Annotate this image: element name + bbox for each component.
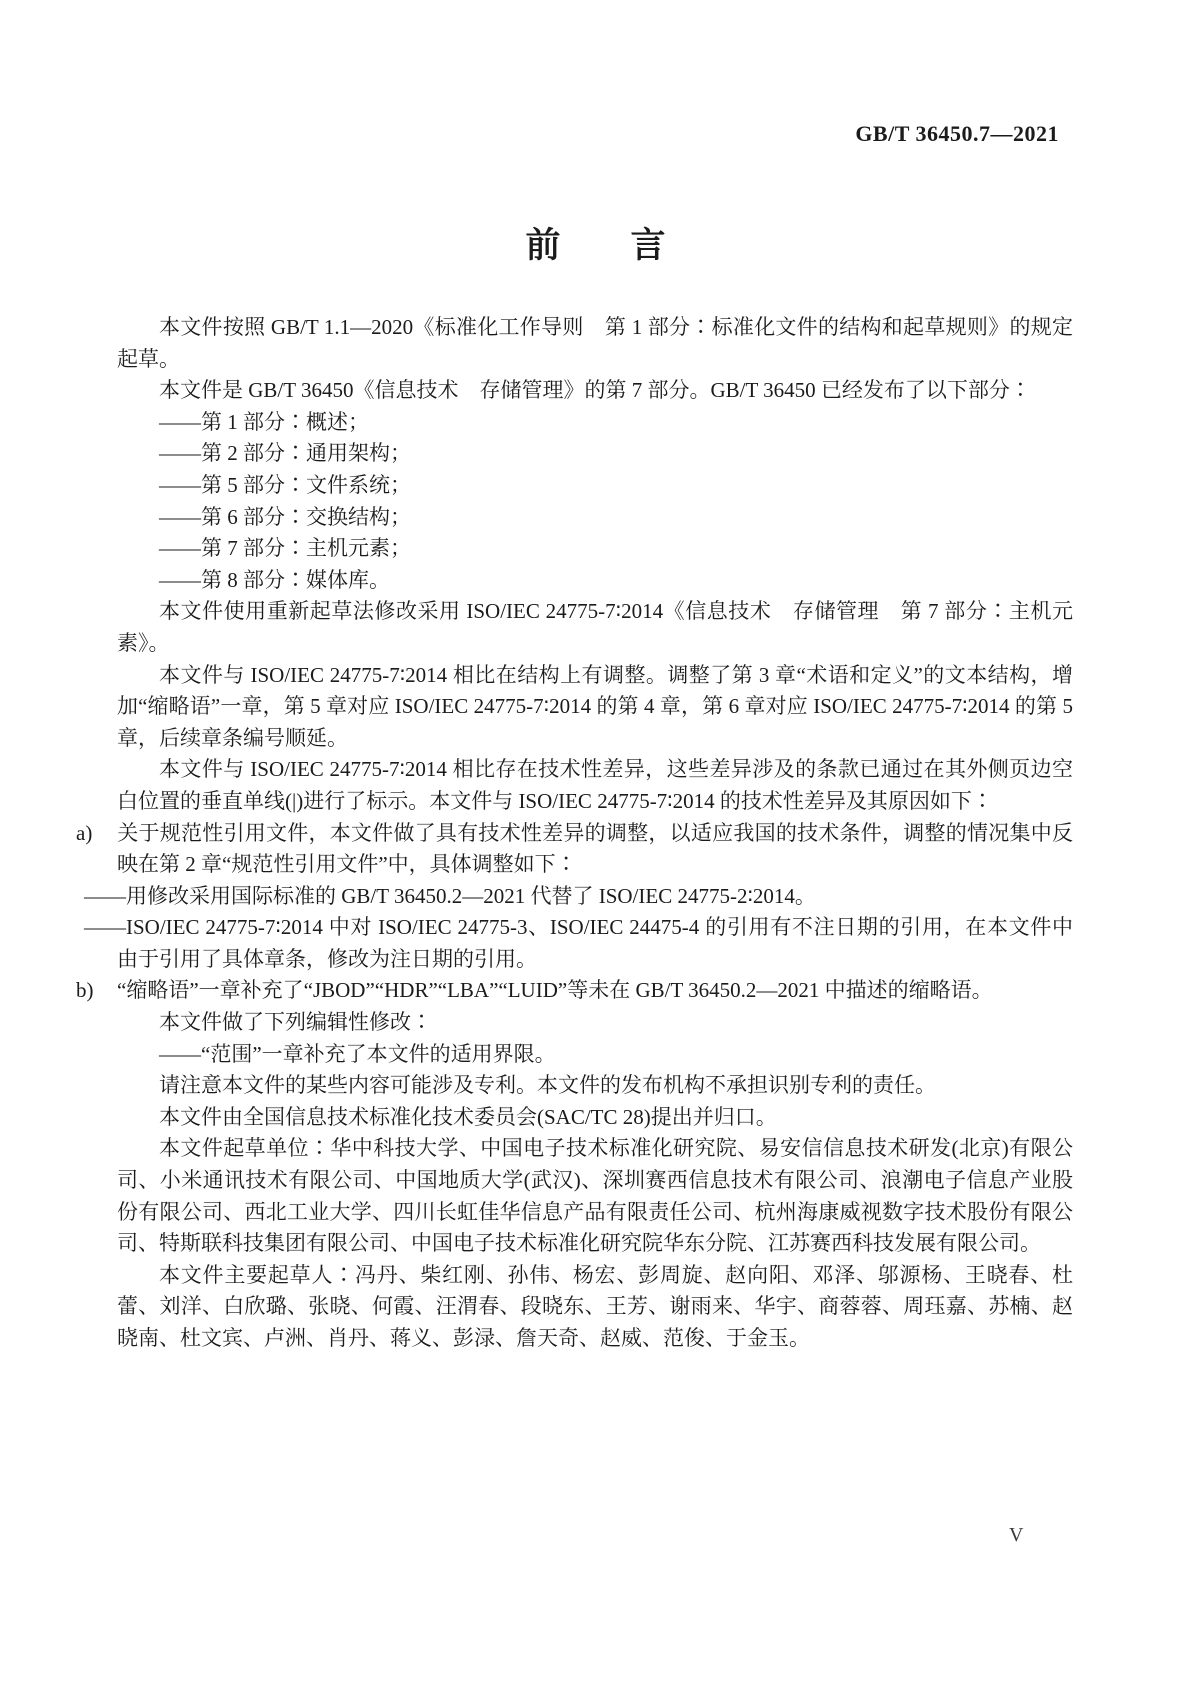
list-item-dash: ——用修改采用国际标准的 GB/T 36450.2—2021 代替了 ISO/I… [117,881,1073,913]
page-number: V [1009,1524,1023,1547]
paragraph: 本文件主要起草人∶冯丹、柴红刚、孙伟、杨宏、彭周旋、赵向阳、邓泽、邬源杨、王晓春… [117,1260,1073,1355]
list-item-text: “缩略语”一章补充了“JBOD”“HDR”“LBA”“LUID”等未在 GB/T… [117,978,993,1002]
page-title: 前 言 [0,218,1191,268]
paragraph: 本文件按照 GB/T 1.1—2020《标准化工作导则 第 1 部分∶标准化文件… [117,312,1073,375]
paragraph: 本文件起草单位∶华中科技大学、中国电子技术标准化研究院、易安信信息技术研发(北京… [117,1133,1073,1259]
list-item-dash: ——第 8 部分∶媒体库。 [117,565,1073,597]
paragraph: 本文件是 GB/T 36450《信息技术 存储管理》的第 7 部分。GB/T 3… [117,375,1073,407]
list-item-dash: ——“范围”一章补充了本文件的适用界限。 [117,1039,1073,1071]
paragraph: 本文件由全国信息技术标准化技术委员会(SAC/TC 28)提出并归口。 [117,1102,1073,1134]
list-item-dash: ——第 7 部分∶主机元素； [117,533,1073,565]
document-page: GB/T 36450.7—2021 前 言 本文件按照 GB/T 1.1—202… [0,0,1191,1684]
paragraph: 请注意本文件的某些内容可能涉及专利。本文件的发布机构不承担识别专利的责任。 [117,1070,1073,1102]
paragraph: 本文件使用重新起草法修改采用 ISO/IEC 24775-7∶2014《信息技术… [117,596,1073,659]
list-item-dash: ——第 2 部分∶通用架构； [117,438,1073,470]
paragraph: 本文件做了下列编辑性修改∶ [117,1007,1073,1039]
paragraph: 本文件与 ISO/IEC 24775-7∶2014 相比在结构上有调整。调整了第… [117,660,1073,755]
list-marker: a) [76,818,117,850]
list-item-alpha: b)“缩略语”一章补充了“JBOD”“HDR”“LBA”“LUID”等未在 GB… [117,975,1073,1007]
paragraph: 本文件与 ISO/IEC 24775-7∶2014 相比存在技术性差异，这些差异… [117,754,1073,817]
list-item-alpha: a)关于规范性引用文件，本文件做了具有技术性差异的调整，以适应我国的技术条件，调… [117,818,1073,881]
list-item-dash: ——第 1 部分∶概述； [117,407,1073,439]
list-item-dash: ——第 5 部分∶文件系统； [117,470,1073,502]
doc-number: GB/T 36450.7—2021 [855,121,1059,147]
list-item-dash: ——第 6 部分∶交换结构； [117,502,1073,534]
list-item-text: 关于规范性引用文件，本文件做了具有技术性差异的调整，以适应我国的技术条件，调整的… [117,821,1073,877]
list-item-dash: ——ISO/IEC 24775-7∶2014 中对 ISO/IEC 24775-… [117,912,1073,975]
list-marker: b) [76,975,117,1007]
foreword-body: 本文件按照 GB/T 1.1—2020《标准化工作导则 第 1 部分∶标准化文件… [117,312,1073,1355]
